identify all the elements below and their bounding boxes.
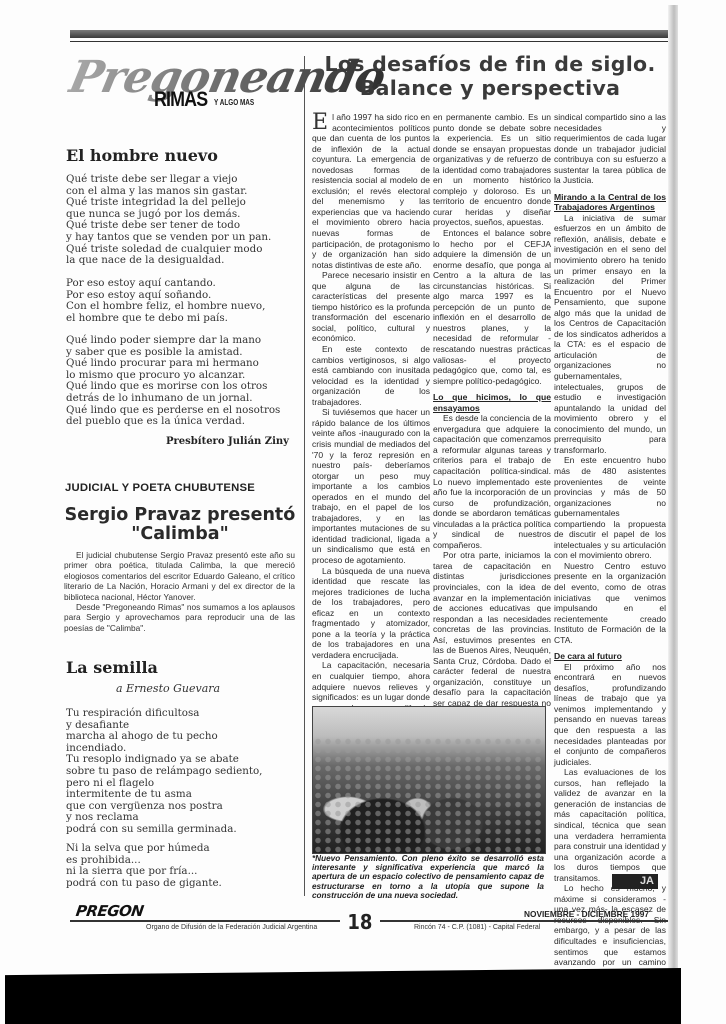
article-column-2: en permanente cambio. Es un punto donde … <box>433 112 551 719</box>
photo-crowd-texture <box>313 737 545 853</box>
scan-border <box>5 976 681 1024</box>
poem-title: La semilla <box>66 658 158 677</box>
photo-caption: *Nuevo Pensamiento. Con pleno éxito se d… <box>312 854 544 900</box>
footer-rule <box>70 920 340 922</box>
paragraph: Entonces el balance sobre lo hecho por e… <box>433 228 551 386</box>
poem-stanza: Ni la selva que por húmeda es prohibida.… <box>66 843 222 889</box>
paragraph: Desde "Pregoneando Rimas" nos sumamos a … <box>64 602 295 633</box>
page-number: 18 <box>347 910 372 934</box>
footer-logo: PREGON <box>75 902 145 920</box>
paragraph: Por otra parte, iniciamos la tarea de ca… <box>433 550 551 719</box>
footer-address: Rincón 74 - C.P. (1081) - Capital Federa… <box>414 924 540 931</box>
paragraph: En este encuentro hubo más de 480 asiste… <box>554 455 666 560</box>
poem-title: El hombre nuevo <box>66 146 218 165</box>
top-rule-thin <box>70 41 670 42</box>
poem-stanza: Qué lindo poder siempre dar la mano y sa… <box>66 335 280 428</box>
top-rule <box>70 30 670 38</box>
poem-stanza: Por eso estoy aquí cantando. Por eso est… <box>66 278 265 324</box>
masthead-subtitle: Y ALGO MAS <box>214 98 254 107</box>
paragraph: La búsqueda de una nueva identidad que r… <box>312 566 430 661</box>
paragraph: Es desde la conciencia de la envergadura… <box>433 413 551 550</box>
paragraph: El próximo año nos encontrará en nuevos … <box>554 662 666 767</box>
article-kicker: JUDICIAL Y POETA CHUBUTENSE <box>65 482 255 494</box>
article-column-3: sindical compartido sino a las necesidad… <box>554 112 666 978</box>
paragraph: El año 1997 ha sido rico en acontecimien… <box>312 112 430 270</box>
section-masthead: Pregoneando RIMAS Y ALGO MAS <box>64 52 300 124</box>
section-heading: Mirando a la Central de los Trabajadores… <box>554 192 666 213</box>
paragraph: La iniciativa de sumar esfuerzos en un á… <box>554 213 666 456</box>
poem-dedication: a Ernesto Guevara <box>116 682 220 695</box>
column-divider <box>304 56 305 896</box>
article-column-1: El año 1997 ha sido rico en acontecimien… <box>312 112 430 745</box>
issue-date: NOVIEMBRE - DICIEMBRE 1997 <box>524 909 649 919</box>
footer-rule <box>380 920 670 922</box>
page-edge-shadow <box>668 5 678 973</box>
paragraph: En este contexto de cambios vertiginosos… <box>312 344 430 407</box>
paragraph: en permanente cambio. Es un punto donde … <box>433 112 551 228</box>
section-heading: De cara al futuro <box>554 651 666 662</box>
headline-line-2: Balance y perspectiva <box>310 76 670 100</box>
paragraph: El judicial chubutense Sergio Pravaz pre… <box>64 550 295 602</box>
headline-line-1: Los desafíos de fin de siglo. <box>310 52 670 76</box>
paragraph: Las evaluaciones de los cursos, han refl… <box>554 767 666 883</box>
masthead-rimas: RIMAS <box>154 88 207 112</box>
section-heading: Lo que hicimos, lo que ensayamos <box>433 392 551 413</box>
paragraph: Si tuviésemos que hacer un rápido balanc… <box>312 407 430 565</box>
main-headline: Los desafíos de fin de siglo. Balance y … <box>310 52 670 100</box>
paragraph: Parece necesario insistir en que alguna … <box>312 270 430 344</box>
poem-author: Presbítero Julián Ziny <box>166 436 289 447</box>
paragraph: Nuestro Centro estuvo presente en la org… <box>554 561 666 645</box>
paragraph: Lo hecho es mucho, y máxime si considera… <box>554 883 666 978</box>
drop-cap: E <box>312 114 328 132</box>
crowd-photo <box>312 706 546 854</box>
end-mark-logo: JA <box>612 874 658 889</box>
article-headline: Sergio Pravaz presentó "Calimba" <box>62 506 298 544</box>
paragraph: sindical compartido sino a las necesidad… <box>554 112 666 186</box>
poem-stanza: Qué triste debe ser llegar a viejo con e… <box>66 174 271 267</box>
poem-stanza: Tu respiración dificultosa y desafiante … <box>66 708 262 836</box>
article-body: El judicial chubutense Sergio Pravaz pre… <box>64 550 295 633</box>
footer-organization: Organo de Difusión de la Federación Judi… <box>146 924 317 931</box>
newspaper-page: Pregoneando RIMAS Y ALGO MAS El hombre n… <box>0 0 726 1024</box>
